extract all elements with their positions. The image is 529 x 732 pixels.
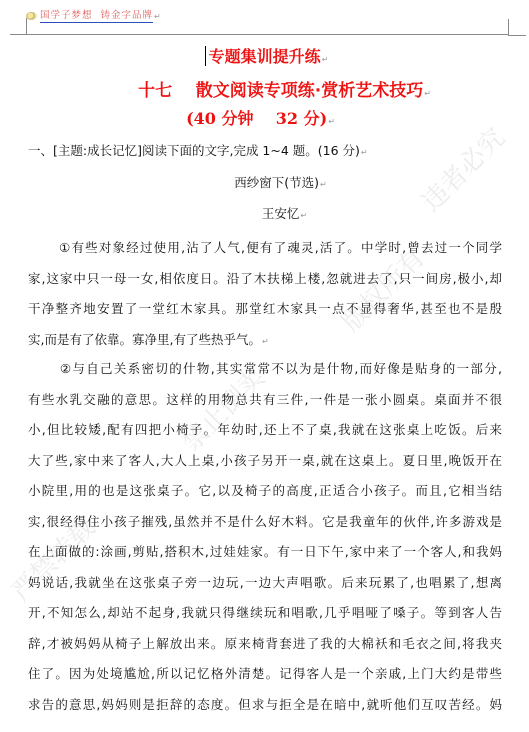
text-line: 干净整齐地安置了一堂红木家具。那堂红木家具一点不显得奢华,甚至也不是殷 [28, 294, 502, 325]
text-line: 在上面做的:涂画,剪贴,搭积木,过娃娃家。有一日下午,家中来了一个客人,和我妈 [28, 537, 502, 568]
logo-icon [26, 12, 37, 20]
crop-mark-top-left-h [10, 34, 26, 35]
text-line: 住了。因为处境尴尬,所以记忆格外清楚。记得客人是一个亲戚,上门大约是带些 [28, 659, 502, 690]
paragraph-mark-icon: ↵ [322, 55, 329, 64]
paragraph-mark-icon: ↵ [262, 337, 269, 346]
paragraph-mark-icon: ↵ [154, 12, 161, 21]
text-line: 有些水乳交融的意思。这样的用物总共有三件,一件是一张小圆桌。桌面并不很 [28, 385, 502, 416]
crop-mark-top-right-h [508, 35, 526, 36]
text-line: 实,很经得住小孩子摧残,虽然并不是什么好木料。它是我童年的伙伴,许多游戏是 [28, 507, 502, 538]
margin-line-top [26, 34, 508, 35]
text-line: 大了些,家中来了客人,大人上桌,小孩子另开一桌,就在这桌上。夏日里,晚饭开在 [28, 446, 502, 477]
passage-title: 西纱窗下(节选)↵ [16, 173, 529, 191]
passage-author: 王安忆↵ [20, 204, 529, 222]
question-intro-text: 一、[主题:成长记忆]阅读下面的文字,完成 1~4 题。(16 分) [28, 143, 360, 158]
page-header: 国学子梦想 铸金字品牌 ↵ [26, 8, 161, 24]
text-line-content: 实,而是有了依靠。寡净里,有了些热乎气。 [28, 332, 261, 347]
text-line: ①有些对象经过使用,沾了人气,便有了魂灵,活了。中学时,曾去过一个同学 [28, 233, 502, 264]
question-intro: 一、[主题:成长记忆]阅读下面的文字,完成 1~4 题。(16 分)↵ [28, 141, 368, 159]
main-title-text: 专题集训提升练 [209, 47, 321, 66]
paragraph-mark-icon: ↵ [424, 89, 431, 98]
passage-paragraph-1: ①有些对象经过使用,沾了人气,便有了魂灵,活了。中学时,曾去过一个同学 家,这家… [28, 233, 502, 355]
section-title: 十七 散文阅读专项练·赏析艺术技巧↵ [20, 76, 529, 101]
paragraph-mark-icon: ↵ [320, 180, 327, 189]
time-score-title: (40 分钟 32 分)↵ [0, 106, 525, 129]
time-score-text: (40 分钟 32 分) [186, 109, 327, 128]
crop-mark-top-right-v [508, 19, 509, 35]
text-line: 妈说话,我就坐在这张桌子旁一边玩,一边大声唱歌。后来玩累了,也唱累了,想离 [28, 568, 502, 599]
passage-title-text: 西纱窗下(节选) [234, 175, 319, 190]
text-line: ②与自己关系密切的什物,其实常常不以为是什物,而好像是贴身的一部分, [28, 354, 502, 385]
text-line: 实,而是有了依靠。寡净里,有了些热乎气。↵ [28, 325, 502, 356]
text-line: 求告的意思,妈妈则是拒辞的态度。但求与拒全是在暗中,就听他们互叹苦经。妈 [28, 690, 502, 721]
text-line: 家,这家中只一母一女,相依度日。沿了木扶梯上楼,忽就进去了,只一间房,极小,却 [28, 264, 502, 295]
text-line: 辞,才被妈妈从椅子上解放出来。原来椅背套进了我的大棉袄和毛衣之间,将我夹 [28, 629, 502, 660]
passage-paragraph-2: ②与自己关系密切的什物,其实常常不以为是什物,而好像是贴身的一部分, 有些水乳交… [28, 354, 502, 720]
header-slogan: 国学子梦想 铸金字品牌 [40, 10, 153, 23]
paragraph-mark-icon: ↵ [328, 117, 335, 126]
text-line: 开,不知怎么,却站不起身,我就只得继续玩和唱歌,几乎唱哑了嗓子。等到客人告 [28, 598, 502, 629]
text-line: 小院里,用的也是这张桌子。它,以及椅子的高度,正适合小孩子。而且,它相当结 [28, 476, 502, 507]
passage-author-text: 王安忆 [262, 206, 300, 221]
section-title-text: 十七 散文阅读专项练·赏析艺术技巧 [138, 81, 423, 101]
main-title: 专题集训提升练↵ [4, 44, 529, 67]
paragraph-mark-icon: ↵ [300, 211, 307, 220]
paragraph-mark-icon: ↵ [361, 148, 368, 157]
text-line: 小,但比较矮,配有四把小椅子。年幼时,还上不了桌,我就在这张桌上吃饭。后来 [28, 415, 502, 446]
